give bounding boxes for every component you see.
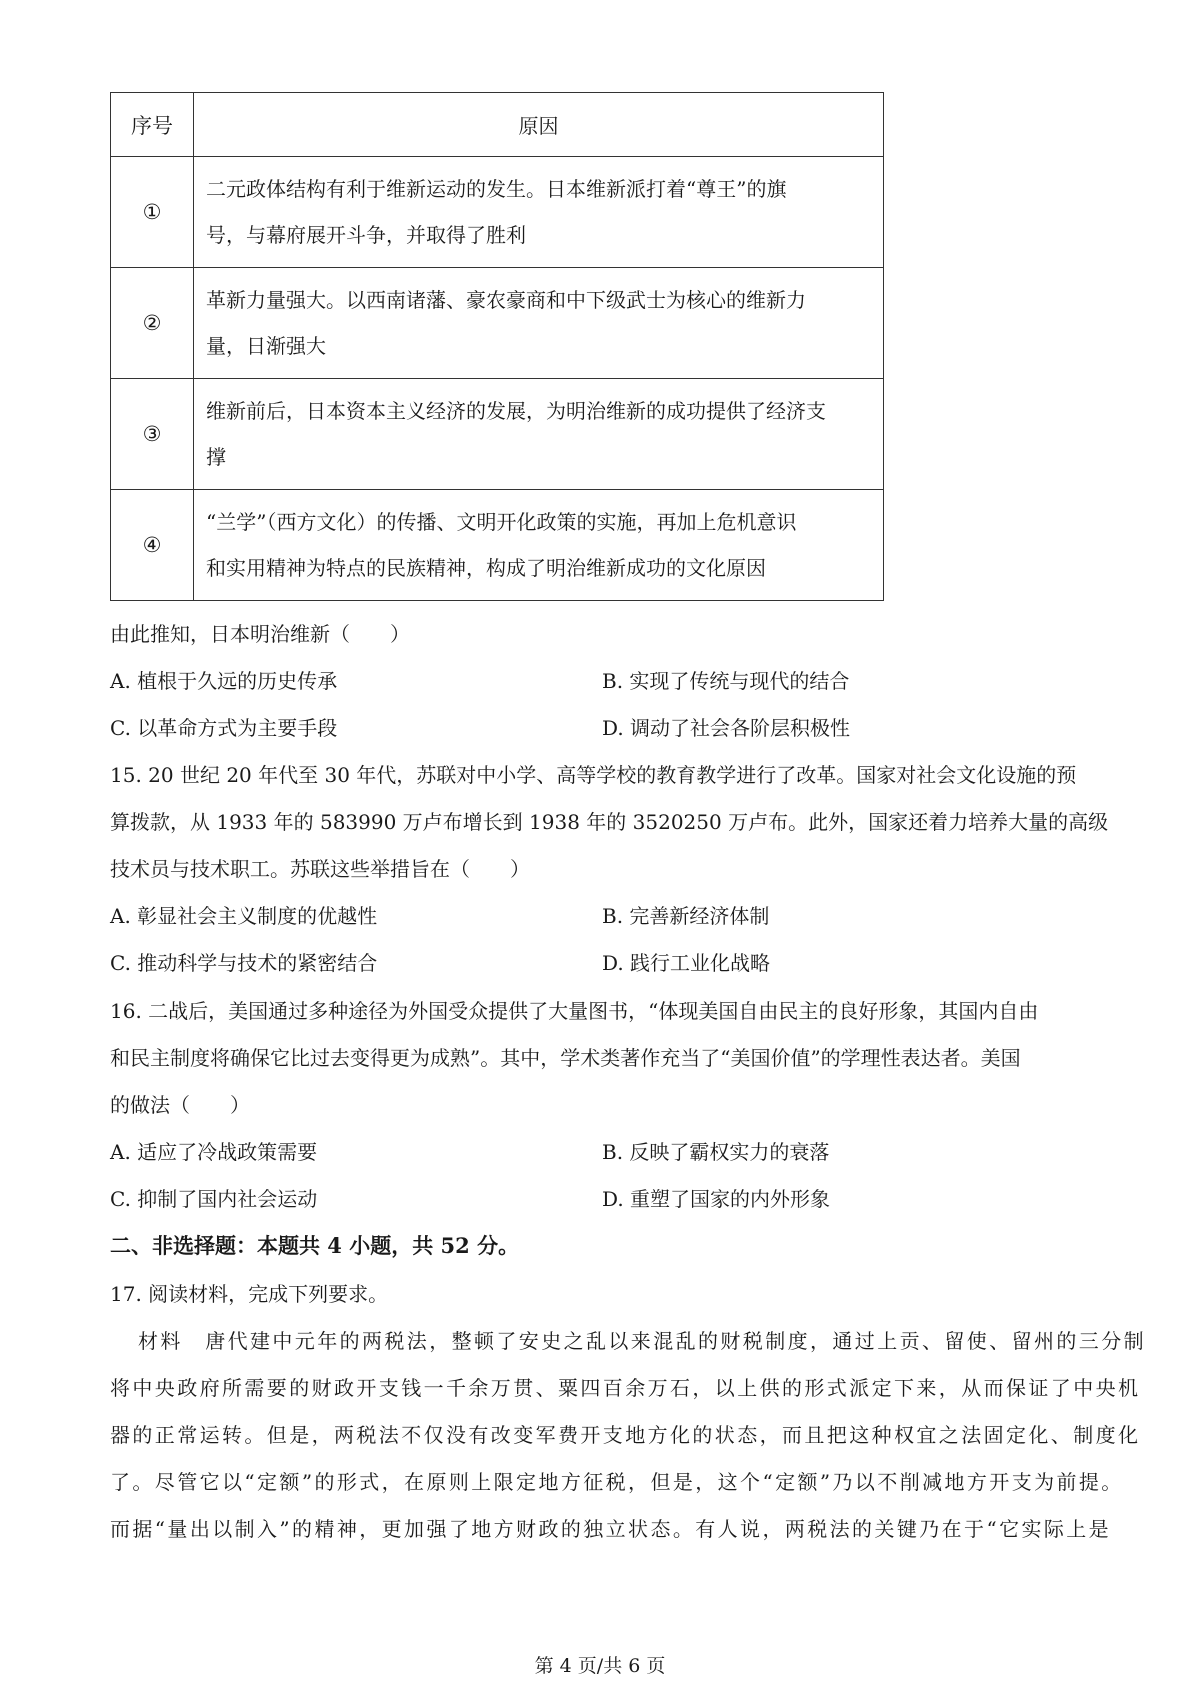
q17-material-line-2: 将中央政府所需要的财政开支钱一千余万贯、粟四百余万石，以上供的形式派定下来，从而… bbox=[110, 1372, 1140, 1401]
q15-line-3: 技术员与技术职工。苏联这些举措旨在（ ） bbox=[110, 853, 530, 882]
q16-option-d: D. 重塑了国家的内外形象 bbox=[602, 1183, 830, 1212]
q15-option-d: D. 践行工业化战略 bbox=[602, 947, 770, 976]
reasons-table: 序号 原因 ① 二元政体结构有利于维新运动的发生。日本维新派打着“尊王”的旗 号… bbox=[110, 92, 884, 601]
q14-option-b: B. 实现了传统与现代的结合 bbox=[602, 665, 849, 694]
table-row: ② 革新力量强大。以西南诸藩、豪农豪商和中下级武士为核心的维新力 量，日渐强大 bbox=[111, 268, 884, 379]
q15-line-2: 算拨款，从 1933 年的 583990 万卢布增长到 1938 年的 3520… bbox=[110, 806, 1108, 835]
row-reason: 二元政体结构有利于维新运动的发生。日本维新派打着“尊王”的旗 号，与幕府展开斗争… bbox=[194, 157, 884, 268]
row-number: ③ bbox=[111, 379, 194, 490]
q17-material-line-5: 而据“量出以制入”的精神，更加强了地方财政的独立状态。有人说，两税法的关键乃在于… bbox=[110, 1513, 1111, 1542]
page-number: 第 4 页/共 6 页 bbox=[0, 1651, 1200, 1678]
q16-line-3: 的做法（ ） bbox=[110, 1089, 250, 1118]
q17-material-line-1: 材料 唐代建中元年的两税法，整顿了安史之乱以来混乱的财税制度，通过上贡、留使、留… bbox=[138, 1325, 1146, 1354]
header-number: 序号 bbox=[111, 93, 194, 157]
row-reason: “兰学”（西方文化）的传播、文明开化政策的实施，再加上危机意识 和实用精神为特点… bbox=[194, 490, 884, 601]
q15-option-a: A. 彰显社会主义制度的优越性 bbox=[110, 900, 377, 929]
table-header-row: 序号 原因 bbox=[111, 93, 884, 157]
reason-line: “兰学”（西方文化）的传播、文明开化政策的实施，再加上危机意识 bbox=[206, 499, 871, 545]
exam-page: 序号 原因 ① 二元政体结构有利于维新运动的发生。日本维新派打着“尊王”的旗 号… bbox=[0, 0, 1200, 1698]
row-number: ② bbox=[111, 268, 194, 379]
row-reason: 革新力量强大。以西南诸藩、豪农豪商和中下级武士为核心的维新力 量，日渐强大 bbox=[194, 268, 884, 379]
q14-option-c: C. 以革命方式为主要手段 bbox=[110, 712, 337, 741]
table-row: ① 二元政体结构有利于维新运动的发生。日本维新派打着“尊王”的旗 号，与幕府展开… bbox=[111, 157, 884, 268]
q16-line-1: 16. 二战后，美国通过多种途径为外国受众提供了大量图书，“体现美国自由民主的良… bbox=[110, 995, 1038, 1024]
table-row: ③ 维新前后，日本资本主义经济的发展，为明治维新的成功提供了经济支 撑 bbox=[111, 379, 884, 490]
row-number: ④ bbox=[111, 490, 194, 601]
q16-option-c: C. 抑制了国内社会运动 bbox=[110, 1183, 317, 1212]
row-reason: 维新前后，日本资本主义经济的发展，为明治维新的成功提供了经济支 撑 bbox=[194, 379, 884, 490]
q14-stem: 由此推知，日本明治维新（ ） bbox=[110, 618, 410, 647]
reason-line: 号，与幕府展开斗争，并取得了胜利 bbox=[206, 212, 871, 258]
reason-line: 二元政体结构有利于维新运动的发生。日本维新派打着“尊王”的旗 bbox=[206, 166, 871, 212]
reason-line: 和实用精神为特点的民族精神，构成了明治维新成功的文化原因 bbox=[206, 545, 871, 591]
q16-option-b: B. 反映了霸权实力的衰落 bbox=[602, 1136, 829, 1165]
q17-material-line-4: 了。尽管它以“定额”的形式，在原则上限定地方征税，但是，这个“定额”乃以不削减地… bbox=[110, 1466, 1124, 1495]
q15-option-b: B. 完善新经济体制 bbox=[602, 900, 769, 929]
section-2-heading: 二、非选择题：本题共 4 小题，共 52 分。 bbox=[110, 1230, 519, 1260]
q17-stem: 17. 阅读材料，完成下列要求。 bbox=[110, 1278, 388, 1307]
reason-line: 维新前后，日本资本主义经济的发展，为明治维新的成功提供了经济支 bbox=[206, 388, 871, 434]
row-number: ① bbox=[111, 157, 194, 268]
q14-option-a: A. 植根于久远的历史传承 bbox=[110, 665, 337, 694]
q17-material-line-3: 器的正常运转。但是，两税法不仅没有改变军费开支地方化的状态，而且把这种权宜之法固… bbox=[110, 1419, 1140, 1448]
q14-option-d: D. 调动了社会各阶层积极性 bbox=[602, 712, 850, 741]
table-row: ④ “兰学”（西方文化）的传播、文明开化政策的实施，再加上危机意识 和实用精神为… bbox=[111, 490, 884, 601]
reason-line: 撑 bbox=[206, 434, 871, 480]
q16-line-2: 和民主制度将确保它比过去变得更为成熟”。其中，学术类著作充当了“美国价值”的学理… bbox=[110, 1042, 1021, 1071]
q16-option-a: A. 适应了冷战政策需要 bbox=[110, 1136, 317, 1165]
q15-option-c: C. 推动科学与技术的紧密结合 bbox=[110, 947, 377, 976]
reason-line: 革新力量强大。以西南诸藩、豪农豪商和中下级武士为核心的维新力 bbox=[206, 277, 871, 323]
q15-line-1: 15. 20 世纪 20 年代至 30 年代，苏联对中小学、高等学校的教育教学进… bbox=[110, 759, 1076, 788]
reason-line: 量，日渐强大 bbox=[206, 323, 871, 369]
header-reason: 原因 bbox=[194, 93, 884, 157]
